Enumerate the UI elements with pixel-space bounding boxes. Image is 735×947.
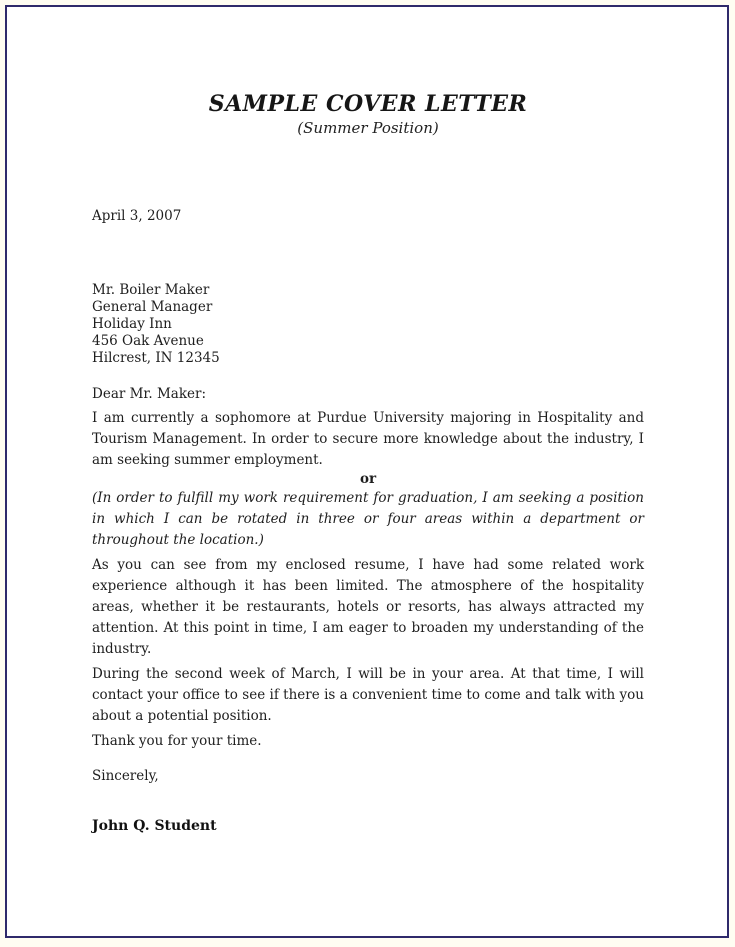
closing: Sincerely, — [92, 766, 644, 786]
letter-date: April 3, 2007 — [92, 207, 644, 226]
recipient-address-block: Mr. Boiler Maker General Manager Holiday… — [92, 282, 644, 367]
paragraph-intro: I am currently a sophomore at Purdue Uni… — [92, 408, 644, 471]
paragraph-visit: During the second week of March, I will … — [92, 664, 644, 727]
letter-sheet: SAMPLE COVER LETTER (Summer Position) Ap… — [5, 5, 729, 938]
recipient-street: 456 Oak Avenue — [92, 333, 644, 350]
or-separator: or — [92, 471, 644, 488]
signature-name: John Q. Student — [92, 816, 644, 836]
recipient-city-state-zip: Hilcrest, IN 12345 — [92, 350, 644, 367]
recipient-job-title: General Manager — [92, 299, 644, 316]
letter-content: SAMPLE COVER LETTER (Summer Position) Ap… — [7, 93, 727, 836]
page-background: { "letter": { "title": "SAMPLE COVER LET… — [0, 0, 735, 947]
recipient-name: Mr. Boiler Maker — [92, 282, 644, 299]
letter-subtitle: (Summer Position) — [92, 119, 644, 137]
letter-title: SAMPLE COVER LETTER — [92, 93, 644, 116]
recipient-company: Holiday Inn — [92, 316, 644, 333]
paragraph-alternative: (In order to fulfill my work requirement… — [92, 488, 644, 551]
paragraph-experience: As you can see from my enclosed resume, … — [92, 555, 644, 660]
paragraph-thanks: Thank you for your time. — [92, 731, 644, 752]
salutation: Dear Mr. Maker: — [92, 384, 644, 404]
